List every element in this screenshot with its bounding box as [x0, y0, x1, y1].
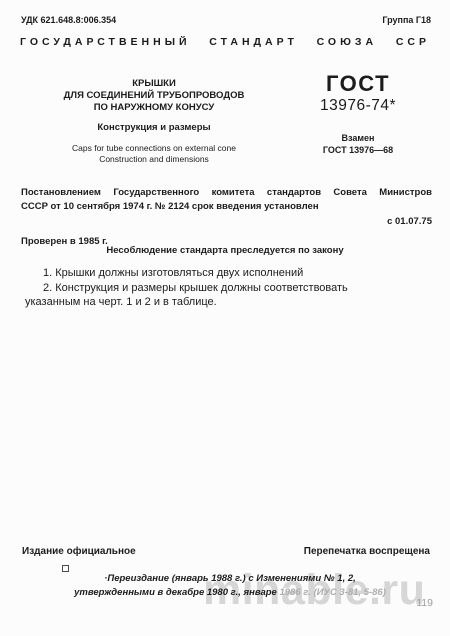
reissue-note-line-1: ·Переиздание (январь 1988 г.) с Изменени… [30, 572, 430, 586]
clauses-block: 1. Крышки должны изготовляться двух испо… [25, 266, 371, 310]
document-title-line-1: КРЫШКИ [20, 78, 288, 90]
gost-label: ГОСТ [288, 72, 428, 96]
top-header-row: УДК 621.648.8:006.354 Группа Г18 [21, 15, 431, 25]
law-notice: Несоблюдение стандарта преследуется по з… [0, 245, 450, 256]
document-subtitle: Конструкция и размеры [20, 122, 288, 134]
group-label: Группа Г18 [382, 15, 431, 25]
footer-row: Издание официальное Перепечатка воспреще… [22, 546, 430, 557]
document-title-line-3: ПО НАРУЖНОМУ КОНУСУ [20, 102, 288, 114]
clause-1: 1. Крышки должны изготовляться двух испо… [25, 266, 371, 281]
replaces-block: Взамен ГОСТ 13976—68 [288, 132, 428, 156]
reissue-note: ·Переиздание (январь 1988 г.) с Изменени… [30, 572, 430, 599]
udk-number: УДК 621.648.8:006.354 [21, 15, 116, 25]
decree-paragraph: Постановлением Государственного комитета… [21, 186, 432, 248]
decree-line-2: СССР от 10 сентября 1974 г. № 2124 срок … [21, 200, 432, 214]
gost-standard-page: УДК 621.648.8:006.354 Группа Г18 ГОСУДАР… [0, 0, 450, 636]
replaces-number: ГОСТ 13976—68 [288, 144, 428, 156]
union-standard-header: ГОСУДАРСТВЕННЫЙ СТАНДАРТ СОЮЗА ССР [20, 36, 430, 48]
document-title-line-2: ДЛЯ СОЕДИНЕНИЙ ТРУБОПРОВОДОВ [20, 90, 288, 102]
title-english-line-2: Construction and dimensions [20, 154, 288, 165]
title-english-line-1: Caps for tube connections on external co… [20, 143, 288, 154]
reissue-note-line-2-dark: утвержденными в декабре 1980 г., январе [74, 587, 279, 598]
gost-designation-block: ГОСТ 13976-74* Взамен ГОСТ 13976—68 [288, 72, 428, 156]
clause-2-line-1: 2. Конструкция и размеры крышек должны с… [25, 281, 371, 296]
reissue-note-line-2: утвержденными в декабре 1980 г., январе … [30, 586, 430, 600]
official-edition-label: Издание официальное [22, 546, 136, 557]
decree-line-1: Постановлением Государственного комитета… [21, 186, 432, 200]
reprint-prohibited-label: Перепечатка воспрещена [304, 546, 430, 557]
clause-2-line-2: указанным на черт. 1 и 2 и в таблице. [25, 295, 371, 310]
document-title-block: КРЫШКИ ДЛЯ СОЕДИНЕНИЙ ТРУБОПРОВОДОВ ПО Н… [20, 78, 288, 165]
reissue-note-line-2-faded: 1986 г. (ИУС 3-81, 5-86) [279, 587, 385, 598]
page-number: 119 [416, 597, 433, 609]
replaces-label: Взамен [288, 132, 428, 144]
footnote-marker-square [62, 565, 69, 572]
gost-number: 13976-74* [288, 96, 428, 115]
effective-date: с 01.07.75 [21, 215, 432, 229]
